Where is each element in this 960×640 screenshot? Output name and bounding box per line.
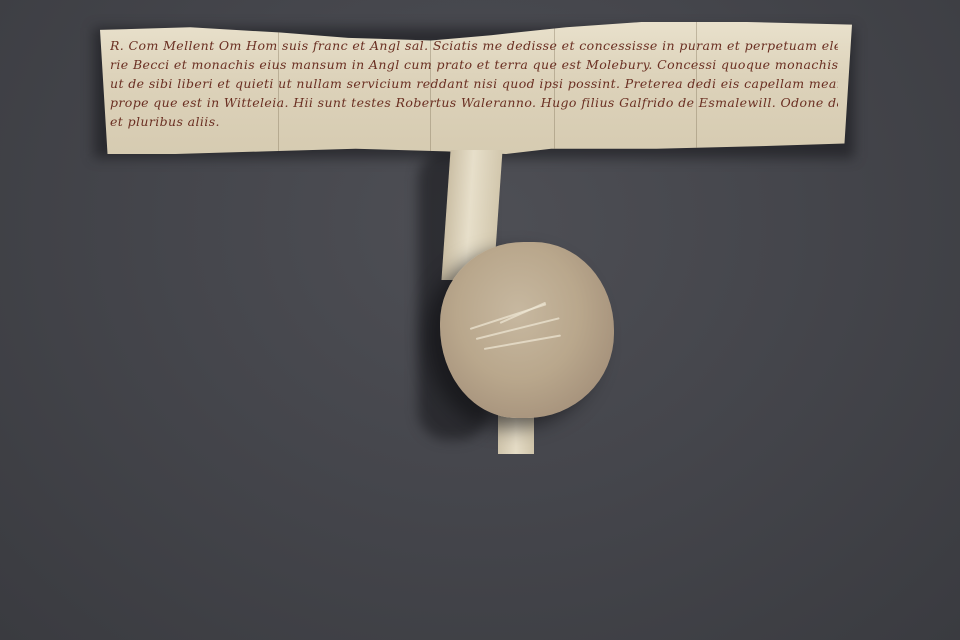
photograph: R. Com Mellent Om Hom suis franc et Angl… <box>0 0 960 640</box>
charter-line: prope que est in Witteleia. Hii sunt tes… <box>110 93 838 112</box>
charter-text: R. Com Mellent Om Hom suis franc et Angl… <box>110 36 838 131</box>
seal-impression <box>500 302 546 324</box>
seal-impression <box>484 334 561 350</box>
charter-line: ut de sibi liberi et quieti ut nullam se… <box>110 74 838 93</box>
charter-line: R. Com Mellent Om Hom suis franc et Angl… <box>110 36 838 55</box>
charter-line: et pluribus aliis. <box>110 112 838 131</box>
charter-line: rie Becci et monachis eius mansum in Ang… <box>110 55 838 74</box>
wax-seal <box>440 242 614 418</box>
parchment-charter: R. Com Mellent Om Hom suis franc et Angl… <box>100 22 852 154</box>
